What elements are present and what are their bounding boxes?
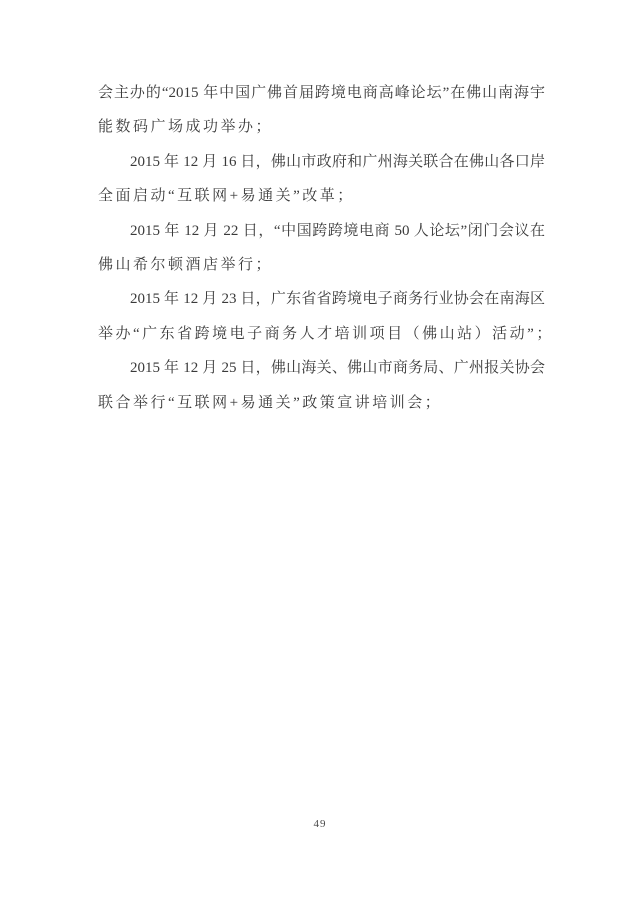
page-number: 49 [0,818,640,830]
document-page: 会主办的“2015 年中国广佛首届跨境电商高峰论坛”在佛山南海宇 能数码广场成功… [0,0,640,905]
paragraph-3-line-2: 佛山希尔顿酒店举行； [98,248,545,282]
body-text: 会主办的“2015 年中国广佛首届跨境电商高峰论坛”在佛山南海宇 能数码广场成功… [98,76,545,420]
paragraph-4-line-1: 2015 年 12 月 23 日，广东省省跨境电子商务行业协会在南海区 [98,282,545,316]
paragraph-1-line-2: 能数码广场成功举办； [98,110,545,144]
paragraph-2-line-2: 全面启动“互联网+易通关”改革； [98,179,545,213]
paragraph-1-line-1: 会主办的“2015 年中国广佛首届跨境电商高峰论坛”在佛山南海宇 [98,76,545,110]
paragraph-3-line-1: 2015 年 12 月 22 日，“中国跨跨境电商 50 人论坛”闭门会议在 [98,214,545,248]
paragraph-5-line-2: 联合举行“互联网+易通关”政策宣讲培训会； [98,386,545,420]
paragraph-4-line-2: 举办“广东省跨境电子商务人才培训项目（佛山站）活动”； [98,317,545,351]
paragraph-2-line-1: 2015 年 12 月 16 日，佛山市政府和广州海关联合在佛山各口岸 [98,145,545,179]
paragraph-5-line-1: 2015 年 12 月 25 日，佛山海关、佛山市商务局、广州报关协会 [98,351,545,385]
